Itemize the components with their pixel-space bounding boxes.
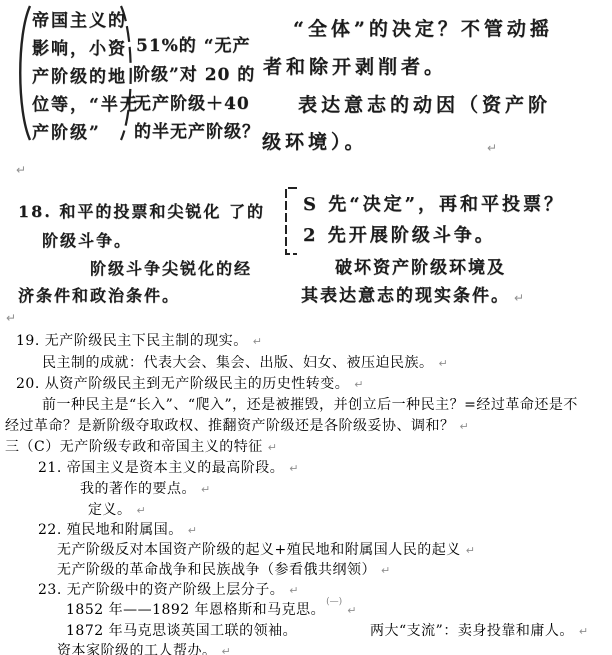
footnote-mark: (—) [326,597,342,607]
typed-line: 无产阶级反对本国资产阶级的起义+殖民地和附属国人民的起义↵ [57,539,475,559]
document-page: 帝国主义的 影响，小资 产阶级的地 位等，“半无 产阶级” 51%的 “无产 阶… [0,0,612,655]
scan-item18-line: 阶级斗争尖锐化的经 [90,256,252,279]
scan-mid-block-line: 阶级”对 20 的 [133,60,255,85]
scan-left-block-line: 产阶级的地 [32,62,127,87]
scan-item18-line: 18. 和平的投票和尖锐化 了的 [18,199,265,222]
typed-text: 我的著作的要点。 [80,481,196,497]
scan-right-block-line: 表达意志的动因（资产阶 [298,90,551,117]
line-break-mark: ↵ [188,524,197,537]
line-break-mark: ↵ [439,357,448,370]
line-break-mark: ↵ [466,544,475,557]
line-break-mark: ↵ [579,625,588,638]
typed-text: 23. 无产阶级中的资产阶级上层分子。 [38,582,284,598]
typed-line: 无产阶级的革命战争和民族战争（参看俄共纲领）↵ [57,559,390,579]
typed-text: 1852 年——1892 年恩格斯和马克思。 [66,602,325,618]
scan-item18-line: 济条件和政治条件。 [18,283,180,306]
line-break-mark: ↵ [16,163,26,177]
scan-mid-block-line: 的半无产阶级？ [134,117,260,142]
typed-line: 民主制的成就：代表大会、集会、出版、妇女、被压迫民族。↵ [42,352,448,372]
scan-left-block-line: 产阶级” [32,118,101,143]
scan-bracket-line: 2 先开展阶级斗争。 [303,221,496,247]
line-break-mark: ↵ [201,483,210,496]
line-break-mark: ↵ [354,378,363,391]
line-break-mark: ↵ [268,441,277,454]
typed-text: 两大“支流”：卖身投靠和庸人。 [370,623,574,639]
typed-line: 定义。↵ [88,499,146,519]
typed-line: 资本家阶级的工人帮办。↵ [57,640,231,655]
typed-line-21: 21. 帝国主义是资本主义的最高阶段。↵ [38,457,298,477]
typed-line-19: 19. 无产阶级民主下民主制的现实。↵ [16,330,262,350]
typed-text: 22. 殖民地和附属国。 [38,522,183,538]
line-break-mark: ↵ [487,141,497,155]
scan-bracket-line: 破坏资产阶级环境及 [335,253,506,278]
line-break-mark: ↵ [289,462,298,475]
typed-text: 前一种民主是“长入”、“爬入”，还是被摧毁，并创立后一种民主？=经过革命还是不 [42,397,578,413]
line-break-mark: ↵ [460,420,469,433]
scan-bracket-line: 其表达意志的现实条件。 [301,281,510,306]
line-break-mark: ↵ [137,504,146,517]
typed-line-22: 22. 殖民地和附属国。↵ [38,519,197,539]
line-break-mark: ↵ [289,584,298,597]
line-break-mark: ↵ [253,335,262,348]
line-break-mark: ↵ [6,311,16,325]
typed-text: 20. 从资产阶级民主到无产阶级民主的历史性转变。 [16,376,349,392]
line-break-mark: ↵ [347,604,356,617]
typed-line-23: 23. 无产阶级中的资产阶级上层分子。↵ [38,579,298,599]
scan-right-block-line: 者和除开剥削者。 [263,52,447,79]
scan-bracket-line: S 先“决定”，再和平投票？ [303,190,565,216]
typed-line-20: 20. 从资产阶级民主到无产阶级民主的历史性转变。↵ [16,373,363,393]
square-bracket-icon [282,186,300,256]
typed-text: 三（C）无产阶级专政和帝国主义的特征 [5,439,263,455]
scan-right-block-line: 级环境）。 [262,127,368,154]
scan-right-block-line: “全体”的决定？不管动摇 [293,14,553,41]
scan-left-block-line: 帝国主义的 [32,6,127,31]
scan-left-block-line: 位等，“半无 [32,90,139,115]
scan-item18-line: 阶级斗争。 [42,228,132,251]
typed-line-section-3C: 三（C）无产阶级专政和帝国主义的特征↵ [5,436,277,456]
typed-text: 经过革命？是新阶级夺取政权、推翻资产阶级还是各阶级妥协、调和？ [5,418,455,434]
typed-line: 前一种民主是“长入”、“爬入”，还是被摧毁，并创立后一种民主？=经过革命还是不 [42,394,578,414]
typed-line: 两大“支流”：卖身投靠和庸人。↵ [370,620,588,640]
typed-line: 经过革命？是新阶级夺取政权、推翻资产阶级还是各阶级妥协、调和？↵ [5,415,469,435]
line-break-mark: ↵ [381,564,390,577]
typed-text: 定义。 [88,502,132,518]
typed-text: 21. 帝国主义是资本主义的最高阶段。 [38,460,284,476]
typed-text: 无产阶级的革命战争和民族战争（参看俄共纲领） [57,562,376,578]
typed-text: 无产阶级反对本国资产阶级的起义+殖民地和附属国人民的起义 [57,542,461,558]
scan-left-block-line: 影响，小资 [32,34,127,59]
left-parenthesis-icon [13,3,33,143]
typed-text: 1872 年马克思谈英国工联的领袖。 [66,623,297,639]
typed-text: 资本家阶级的工人帮办。 [57,643,217,655]
line-break-mark: ↵ [222,645,231,655]
typed-text: 民主制的成就：代表大会、集会、出版、妇女、被压迫民族。 [42,355,434,371]
scan-mid-block-line: 51%的 “无产 [136,31,251,56]
scan-mid-block-line: 无产阶级＋40 [134,89,250,114]
typed-line: 1872 年马克思谈英国工联的领袖。 [66,620,297,640]
typed-line: 我的著作的要点。↵ [80,478,210,498]
typed-text: 19. 无产阶级民主下民主制的现实。 [16,333,248,349]
typed-line: 1852 年——1892 年恩格斯和马克思。(—)↵ [66,599,356,619]
line-break-mark: ↵ [514,291,524,305]
